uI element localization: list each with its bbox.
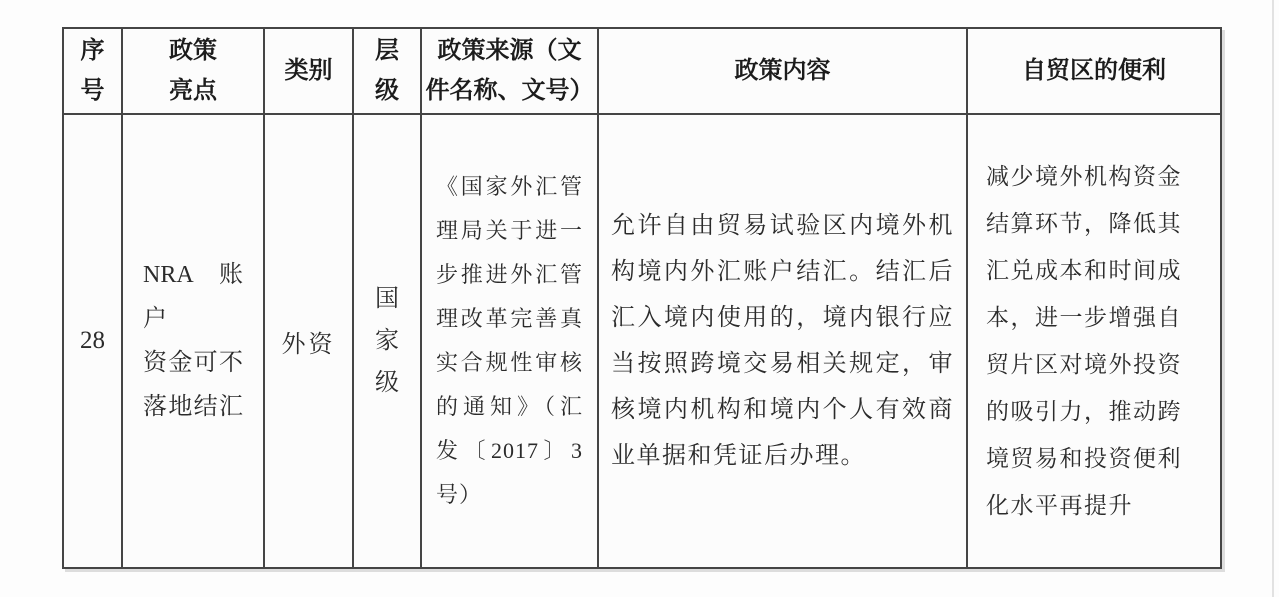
- header-ftz-benefit-line1: 自贸区的便利: [968, 51, 1220, 91]
- policy-highlight-line3: 落地结汇: [123, 385, 263, 429]
- cell-policy-content: 允许自由贸易试验区内境外机构境内外汇账户结汇。结汇后汇入境内使用的，境内银行应当…: [598, 114, 967, 568]
- policy-highlight-line2: 资金可不: [123, 341, 263, 385]
- table-row: 28 NRA 账户 资金可不 落地结汇 外资 国 家 级 《国家外汇管理局关于进…: [63, 114, 1221, 568]
- cell-ftz-benefit: 减少境外机构资金结算环节，降低其汇兑成本和时间成本，进一步增强自贸片区对境外投资…: [967, 114, 1221, 568]
- header-index: 序 号: [63, 28, 122, 114]
- header-level: 层 级: [353, 28, 421, 114]
- header-policy-content-line1: 政策内容: [599, 51, 966, 91]
- header-policy-highlight-line2: 亮点: [123, 71, 263, 111]
- header-policy-content: 政策内容: [598, 28, 967, 114]
- header-index-line2: 号: [64, 71, 121, 111]
- header-level-line2: 级: [354, 71, 420, 111]
- row-index-value: 28: [80, 327, 105, 354]
- header-level-line1: 层: [354, 31, 420, 71]
- policy-table: 序 号 政策 亮点 类别 层 级 政策来源（文 件名称、文号）: [62, 27, 1222, 569]
- cell-policy-highlight: NRA 账户 资金可不 落地结汇: [122, 114, 264, 568]
- cell-policy-source: 《国家外汇管理局关于进一步推进外汇管理改革完善真实合规性审核的通知》（汇发〔20…: [421, 114, 598, 568]
- policy-content-text: 允许自由贸易试验区内境外机构境内外汇账户结汇。结汇后汇入境内使用的，境内银行应当…: [599, 203, 966, 479]
- table-header-row: 序 号 政策 亮点 类别 层 级 政策来源（文 件名称、文号）: [63, 28, 1221, 114]
- level-char3: 级: [354, 362, 420, 404]
- header-policy-source: 政策来源（文 件名称、文号）: [421, 28, 598, 114]
- header-policy-source-line1: 政策来源（文: [422, 31, 597, 71]
- header-category-line1: 类别: [265, 51, 352, 91]
- level-char2: 家: [354, 320, 420, 362]
- policy-source-text: 《国家外汇管理局关于进一步推进外汇管理改革完善真实合规性审核的通知》（汇发〔20…: [422, 165, 597, 517]
- header-policy-source-line2: 件名称、文号）: [422, 71, 597, 111]
- cell-level: 国 家 级: [353, 114, 421, 568]
- header-category: 类别: [264, 28, 353, 114]
- document-page: 序 号 政策 亮点 类别 层 级 政策来源（文 件名称、文号）: [0, 0, 1279, 597]
- policy-highlight-line1: NRA 账户: [123, 253, 263, 341]
- category-value: 外资: [282, 332, 336, 358]
- level-char1: 国: [354, 278, 420, 320]
- header-policy-highlight-line1: 政策: [123, 31, 263, 71]
- scan-edge-artifact: [1272, 0, 1274, 597]
- header-ftz-benefit: 自贸区的便利: [967, 28, 1221, 114]
- ftz-benefit-text: 减少境外机构资金结算环节，降低其汇兑成本和时间成本，进一步增强自贸片区对境外投资…: [968, 153, 1220, 529]
- cell-index: 28: [63, 114, 122, 568]
- header-index-line1: 序: [64, 31, 121, 71]
- header-policy-highlight: 政策 亮点: [122, 28, 264, 114]
- cell-category: 外资: [264, 114, 353, 568]
